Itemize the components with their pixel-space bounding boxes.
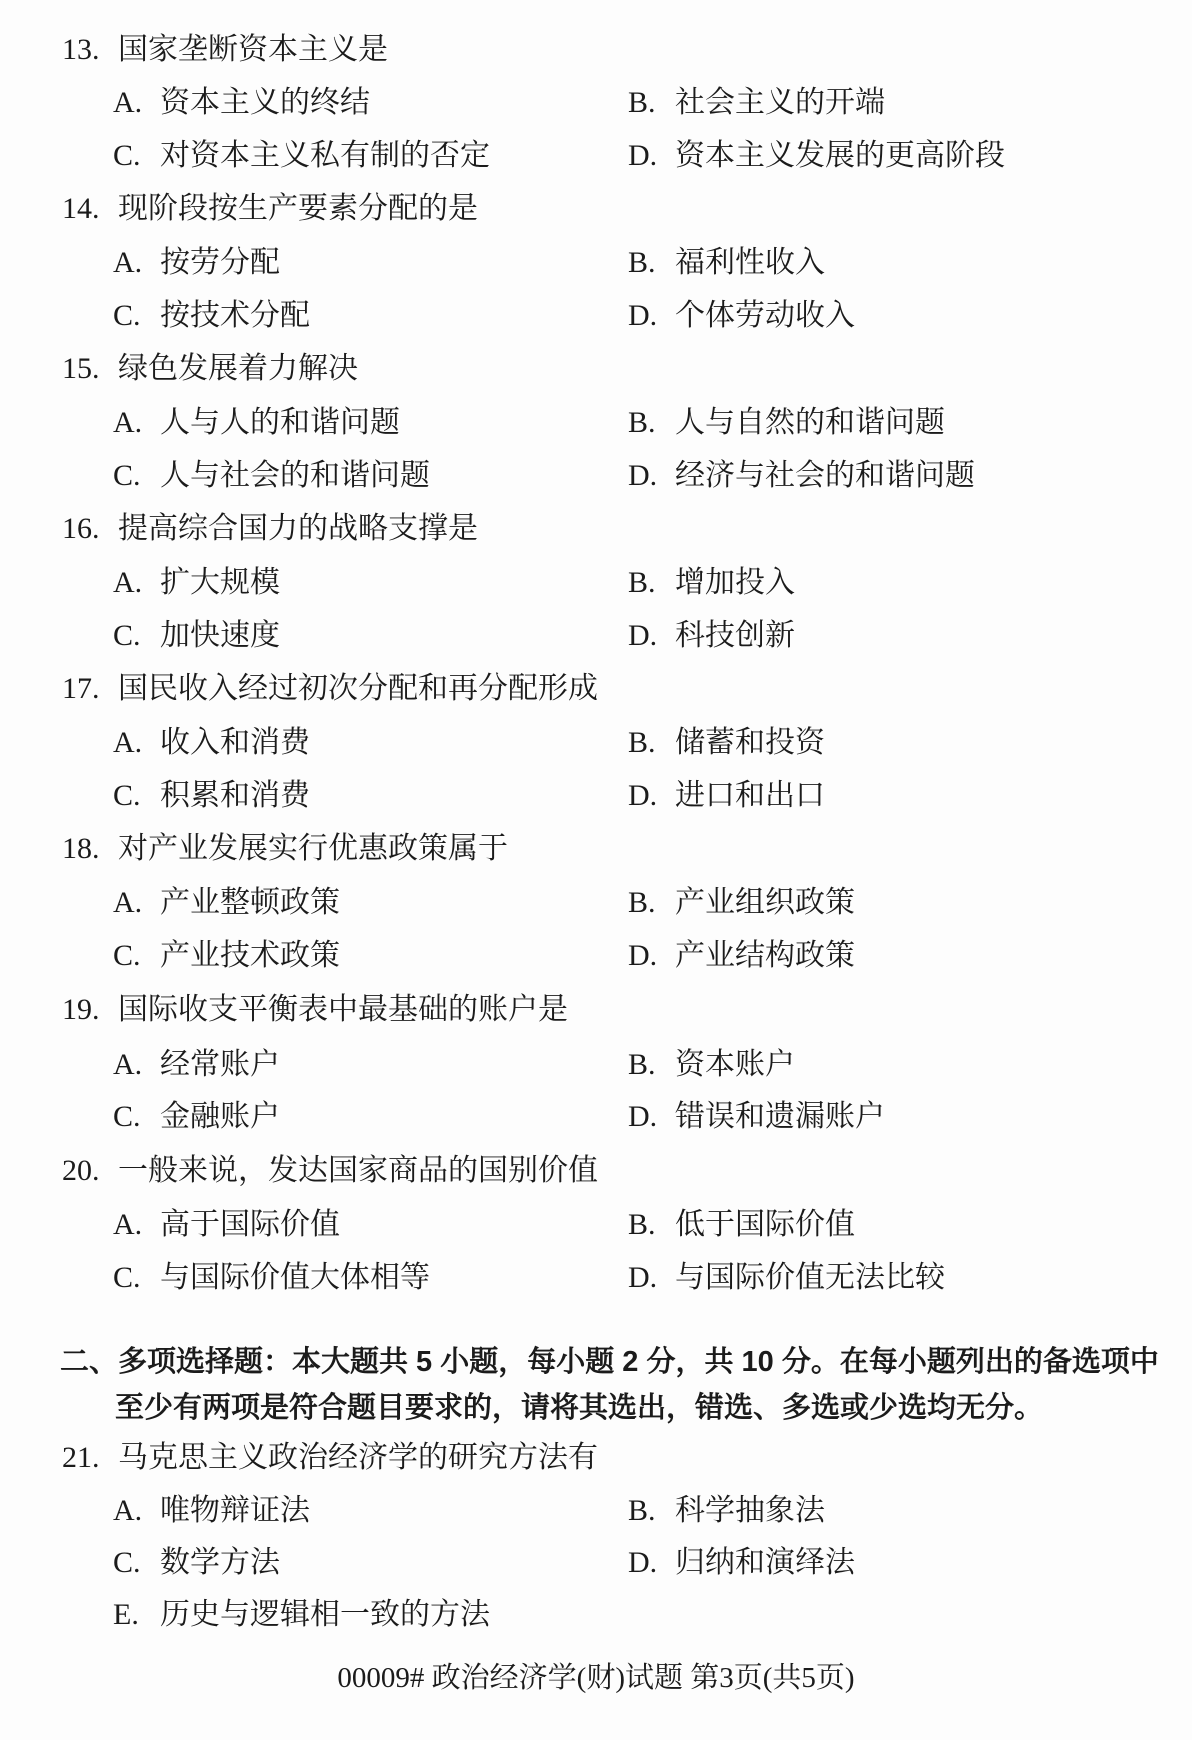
option-letter: C. <box>113 299 160 332</box>
exam-page-document: 13.国家垄断资本主义是 A.资本主义的终结 B.社会主义的开端 C.对资本主义… <box>0 0 1192 1740</box>
option-letter: C. <box>113 1546 160 1579</box>
question-20-option-d: D.与国际价值无法比较 <box>628 1261 945 1294</box>
option-letter: C. <box>113 139 160 172</box>
option-text: 产业结构政策 <box>675 939 855 972</box>
option-text: 加快速度 <box>160 619 280 652</box>
option-letter: B. <box>628 406 675 439</box>
question-17-option-a: A.收入和消费 <box>113 726 310 759</box>
question-text: 现阶段按生产要素分配的是 <box>118 192 478 225</box>
question-20-option-b: B.低于国际价值 <box>628 1208 855 1241</box>
option-letter: D. <box>628 299 675 332</box>
option-text: 福利性收入 <box>675 246 825 279</box>
option-letter: A. <box>113 1208 160 1241</box>
question-21-option-d: D.归纳和演绎法 <box>628 1546 855 1579</box>
question-20-stem: 20.一般来说，发达国家商品的国别价值 <box>62 1154 598 1187</box>
option-text: 资本主义的终结 <box>160 86 370 119</box>
question-number: 15. <box>62 352 118 385</box>
question-19-option-b: B.资本账户 <box>628 1048 795 1081</box>
option-letter: B. <box>628 246 675 279</box>
option-text: 收入和消费 <box>160 726 310 759</box>
question-text: 绿色发展着力解决 <box>118 352 358 385</box>
option-letter: D. <box>628 1546 675 1579</box>
question-21-option-c: C.数学方法 <box>113 1546 280 1579</box>
option-letter: A. <box>113 246 160 279</box>
option-text: 进口和出口 <box>675 779 825 812</box>
option-letter: D. <box>628 1261 675 1294</box>
option-text: 经常账户 <box>160 1048 280 1081</box>
question-text: 对产业发展实行优惠政策属于 <box>118 832 508 865</box>
option-text: 产业组织政策 <box>675 886 855 919</box>
option-letter: A. <box>113 1048 160 1081</box>
option-letter: A. <box>113 886 160 919</box>
option-letter: A. <box>113 406 160 439</box>
option-text: 产业技术政策 <box>160 939 340 972</box>
question-number: 18. <box>62 832 118 865</box>
question-14-option-b: B.福利性收入 <box>628 246 825 279</box>
option-text: 资本账户 <box>675 1048 795 1081</box>
question-19-option-d: D.错误和遗漏账户 <box>628 1100 885 1133</box>
option-letter: B. <box>628 726 675 759</box>
option-text: 积累和消费 <box>160 779 310 812</box>
question-21-option-e: E.历史与逻辑相一致的方法 <box>113 1598 490 1631</box>
option-text: 人与社会的和谐问题 <box>160 459 430 492</box>
page-footer: 00009# 政治经济学(财)试题 第3页(共5页) <box>0 1663 1192 1695</box>
option-letter: D. <box>628 619 675 652</box>
question-17-option-c: C.积累和消费 <box>113 779 310 812</box>
option-letter: A. <box>113 566 160 599</box>
question-15-option-a: A.人与人的和谐问题 <box>113 406 400 439</box>
option-letter: C. <box>113 779 160 812</box>
question-18-option-b: B.产业组织政策 <box>628 886 855 919</box>
question-number: 16. <box>62 512 118 545</box>
option-letter: B. <box>628 1048 675 1081</box>
question-18-option-c: C.产业技术政策 <box>113 939 340 972</box>
option-text: 人与自然的和谐问题 <box>675 406 945 439</box>
question-text: 国际收支平衡表中最基础的账户是 <box>118 993 568 1026</box>
option-text: 按技术分配 <box>160 299 310 332</box>
question-20-option-c: C.与国际价值大体相等 <box>113 1261 430 1294</box>
question-16-stem: 16.提高综合国力的战略支撑是 <box>62 512 478 545</box>
question-15-stem: 15.绿色发展着力解决 <box>62 352 358 385</box>
question-14-option-c: C.按技术分配 <box>113 299 310 332</box>
option-letter: E. <box>113 1598 160 1631</box>
option-letter: C. <box>113 619 160 652</box>
option-letter: A. <box>113 726 160 759</box>
option-text: 个体劳动收入 <box>675 299 855 332</box>
question-19-option-c: C.金融账户 <box>113 1100 280 1133</box>
question-19-option-a: A.经常账户 <box>113 1048 280 1081</box>
question-text: 一般来说，发达国家商品的国别价值 <box>118 1154 598 1187</box>
question-19-stem: 19.国际收支平衡表中最基础的账户是 <box>62 993 568 1026</box>
option-letter: B. <box>628 86 675 119</box>
question-21-option-a: A.唯物辩证法 <box>113 1494 310 1527</box>
option-text: 增加投入 <box>675 566 795 599</box>
question-17-option-d: D.进口和出口 <box>628 779 825 812</box>
option-letter: B. <box>628 1208 675 1241</box>
option-text: 归纳和演绎法 <box>675 1546 855 1579</box>
question-16-option-c: C.加快速度 <box>113 619 280 652</box>
option-letter: D. <box>628 779 675 812</box>
option-letter: A. <box>113 86 160 119</box>
option-letter: D. <box>628 139 675 172</box>
option-text: 唯物辩证法 <box>160 1494 310 1527</box>
option-letter: D. <box>628 459 675 492</box>
option-text: 低于国际价值 <box>675 1208 855 1241</box>
option-letter: C. <box>113 459 160 492</box>
question-14-option-a: A.按劳分配 <box>113 246 280 279</box>
question-number: 14. <box>62 192 118 225</box>
option-text: 历史与逻辑相一致的方法 <box>160 1598 490 1631</box>
question-21-stem: 21.马克思主义政治经济学的研究方法有 <box>62 1441 598 1474</box>
question-number: 17. <box>62 672 118 705</box>
option-letter: B. <box>628 566 675 599</box>
question-20-option-a: A.高于国际价值 <box>113 1208 340 1241</box>
option-letter: C. <box>113 1100 160 1133</box>
question-15-option-c: C.人与社会的和谐问题 <box>113 459 430 492</box>
option-text: 经济与社会的和谐问题 <box>675 459 975 492</box>
question-13-option-b: B.社会主义的开端 <box>628 86 885 119</box>
section-2-header-line-2: 至少有两项是符合题目要求的，请将其选出，错选、多选或少选均无分。 <box>115 1393 1043 1425</box>
question-17-option-b: B.储蓄和投资 <box>628 726 825 759</box>
option-text: 储蓄和投资 <box>675 726 825 759</box>
question-number: 19. <box>62 993 118 1026</box>
option-text: 扩大规模 <box>160 566 280 599</box>
section-2-header-line-1: 二、多项选择题：本大题共 5 小题，每小题 2 分，共 10 分。在每小题列出的… <box>60 1347 1159 1379</box>
question-13-option-a: A.资本主义的终结 <box>113 86 370 119</box>
option-letter: B. <box>628 886 675 919</box>
question-15-option-d: D.经济与社会的和谐问题 <box>628 459 975 492</box>
question-number: 21. <box>62 1441 118 1474</box>
option-letter: C. <box>113 1261 160 1294</box>
option-text: 人与人的和谐问题 <box>160 406 400 439</box>
option-letter: A. <box>113 1494 160 1527</box>
question-number: 13. <box>62 33 118 66</box>
question-number: 20. <box>62 1154 118 1187</box>
option-text: 产业整顿政策 <box>160 886 340 919</box>
question-13-option-c: C.对资本主义私有制的否定 <box>113 139 490 172</box>
question-18-option-a: A.产业整顿政策 <box>113 886 340 919</box>
question-18-option-d: D.产业结构政策 <box>628 939 855 972</box>
option-letter: D. <box>628 1100 675 1133</box>
question-text: 马克思主义政治经济学的研究方法有 <box>118 1441 598 1474</box>
option-text: 资本主义发展的更高阶段 <box>675 139 1005 172</box>
question-16-option-d: D.科技创新 <box>628 619 795 652</box>
option-letter: C. <box>113 939 160 972</box>
option-text: 错误和遗漏账户 <box>675 1100 885 1133</box>
option-text: 按劳分配 <box>160 246 280 279</box>
question-13-option-d: D.资本主义发展的更高阶段 <box>628 139 1005 172</box>
question-text: 国家垄断资本主义是 <box>118 33 388 66</box>
question-21-option-b: B.科学抽象法 <box>628 1494 825 1527</box>
option-letter: B. <box>628 1494 675 1527</box>
question-17-stem: 17.国民收入经过初次分配和再分配形成 <box>62 672 598 705</box>
option-text: 与国际价值无法比较 <box>675 1261 945 1294</box>
question-18-stem: 18.对产业发展实行优惠政策属于 <box>62 832 508 865</box>
option-text: 社会主义的开端 <box>675 86 885 119</box>
question-13-stem: 13.国家垄断资本主义是 <box>62 33 388 66</box>
question-14-option-d: D.个体劳动收入 <box>628 299 855 332</box>
question-text: 提高综合国力的战略支撑是 <box>118 512 478 545</box>
option-text: 科技创新 <box>675 619 795 652</box>
option-letter: D. <box>628 939 675 972</box>
option-text: 与国际价值大体相等 <box>160 1261 430 1294</box>
option-text: 数学方法 <box>160 1546 280 1579</box>
question-14-stem: 14.现阶段按生产要素分配的是 <box>62 192 478 225</box>
question-16-option-b: B.增加投入 <box>628 566 795 599</box>
option-text: 高于国际价值 <box>160 1208 340 1241</box>
option-text: 科学抽象法 <box>675 1494 825 1527</box>
option-text: 对资本主义私有制的否定 <box>160 139 490 172</box>
question-16-option-a: A.扩大规模 <box>113 566 280 599</box>
option-text: 金融账户 <box>160 1100 280 1133</box>
question-15-option-b: B.人与自然的和谐问题 <box>628 406 945 439</box>
question-text: 国民收入经过初次分配和再分配形成 <box>118 672 598 705</box>
